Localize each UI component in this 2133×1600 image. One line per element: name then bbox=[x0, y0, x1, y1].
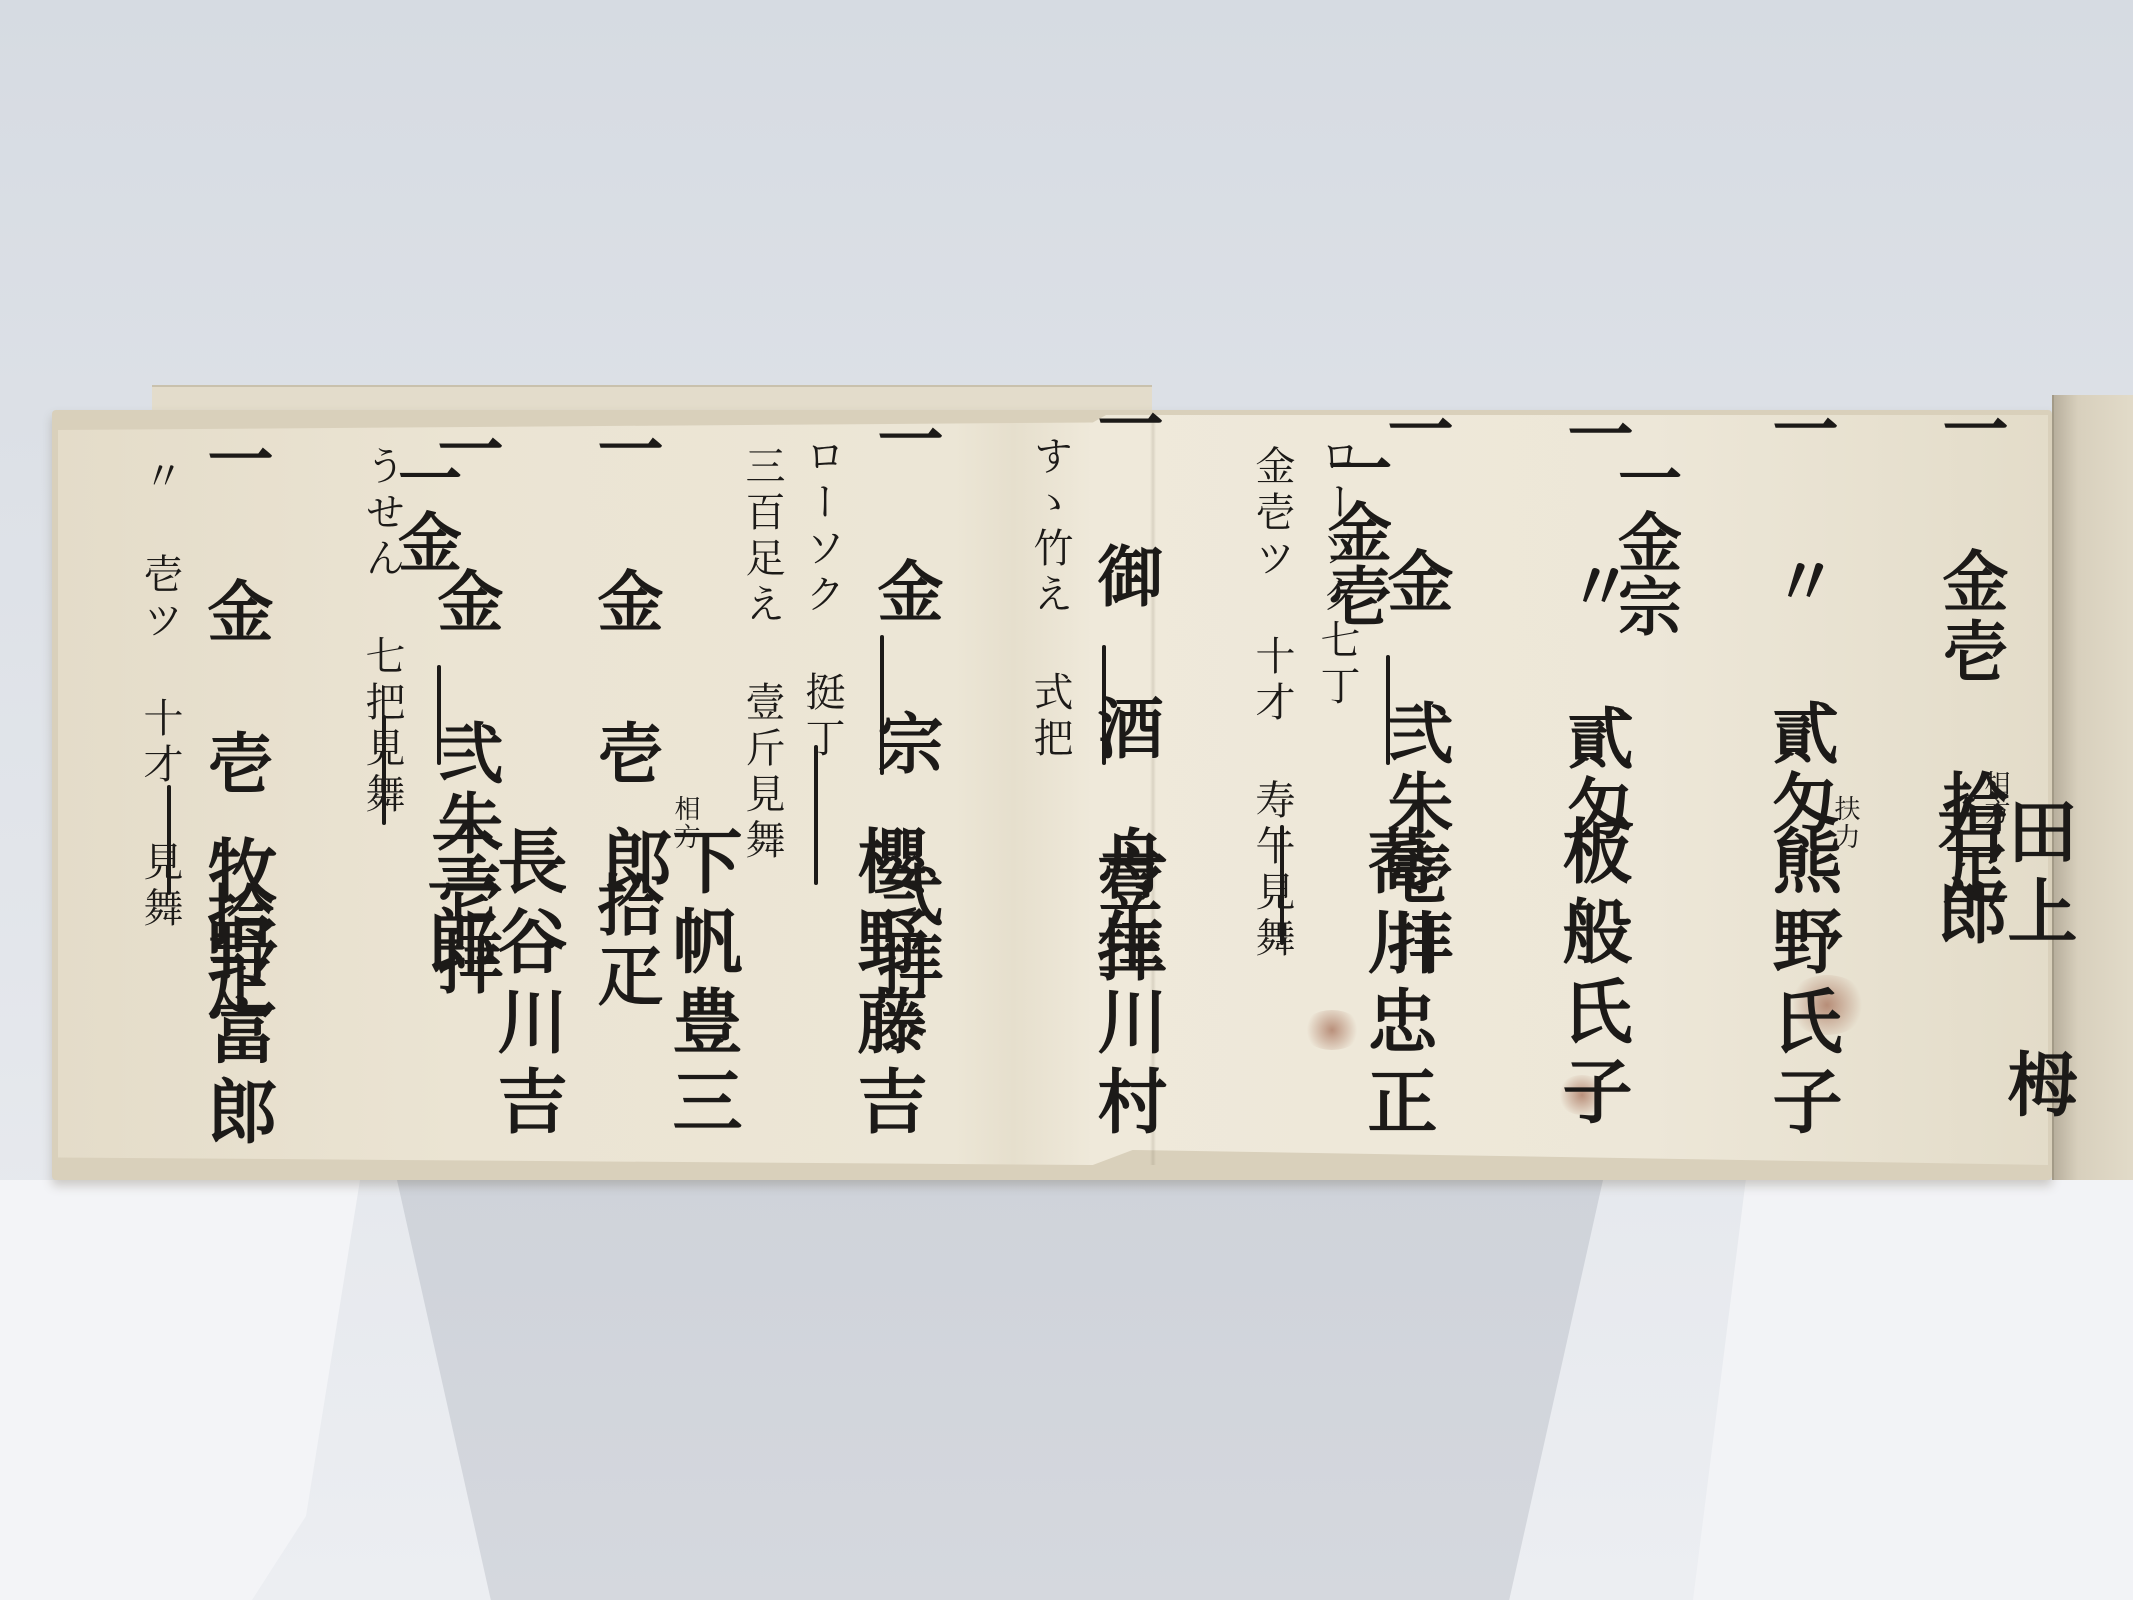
entry-recipient: 長谷川吉三郎 bbox=[422, 825, 562, 1185]
entry-note: ローソク 挺丁 bbox=[802, 435, 842, 763]
table-shadow bbox=[330, 1180, 1670, 1600]
entry-item: 一 〃 貳匁 bbox=[1767, 395, 1833, 839]
brush-stroke bbox=[382, 715, 386, 825]
entry-recipient: 牧野富郎 bbox=[202, 835, 272, 1155]
brush-stroke bbox=[1280, 825, 1284, 945]
brush-stroke bbox=[437, 665, 441, 765]
entry-recipient: 舟生川村 bbox=[1092, 825, 1162, 1145]
brush-stroke bbox=[814, 745, 818, 885]
entry-item: 一 〃 貳匁 bbox=[1562, 400, 1628, 844]
brush-stroke bbox=[1102, 645, 1106, 765]
brush-stroke bbox=[1386, 655, 1390, 765]
entry-recipient: 櫻野藤吉 bbox=[852, 825, 922, 1145]
entry-note: 〃 壱ツ 十才 見舞 bbox=[140, 455, 180, 933]
entry-note: 金壱ツ 十才 寿午見舞 bbox=[1252, 445, 1292, 963]
table-surface-right bbox=[1693, 1180, 2133, 1600]
entry-recipient: 板般氏子 bbox=[1557, 815, 1627, 1135]
stain bbox=[1302, 1010, 1362, 1050]
entry-note: すゝ竹え 式把 bbox=[1030, 435, 1070, 763]
entry-note: 三百足え 壹斤見舞 bbox=[742, 445, 782, 865]
brush-stroke bbox=[167, 785, 171, 895]
table-surface-left bbox=[0, 1180, 360, 1600]
entry-note: ローソク七丁 bbox=[1317, 435, 1357, 711]
entry-recipient: 田上 栂右郎 bbox=[1932, 795, 2072, 1185]
brush-stroke bbox=[880, 635, 884, 775]
entry-recipient: 熊野氏子 bbox=[1767, 825, 1837, 1145]
entry-recipient: 蕎川忠正 bbox=[1362, 825, 1432, 1145]
manuscript-book: 一金壱 一金宗 一金 一 金壱 拾疋 相方 田上 栂右郎 一 〃 貳匁 扶力 熊… bbox=[52, 385, 2133, 1185]
entry-recipient: 下帆豊三郎 bbox=[597, 825, 737, 1185]
